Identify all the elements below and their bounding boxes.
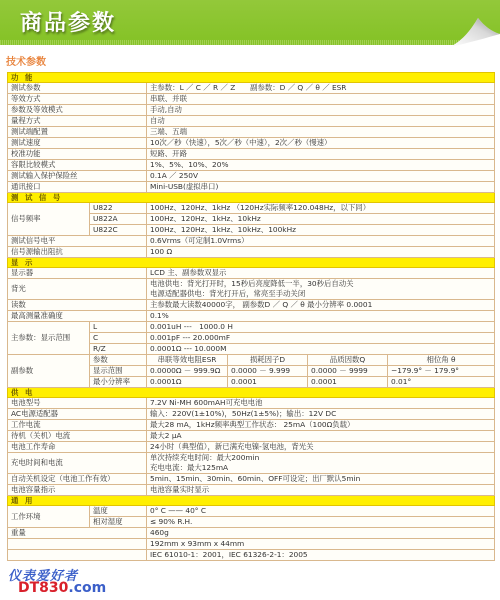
row-value: ≤ 90% R.H. <box>147 517 495 528</box>
table-row: 背光 电池供电：背光打开时，15秒后亮度降低一半，30秒后自动关电源适配器供电：… <box>8 279 495 300</box>
sub-cell: 0.01° <box>388 377 495 388</box>
row-label: 工作电流 <box>8 420 147 431</box>
table-row: 192mm x 93mm x 44mm <box>8 539 495 550</box>
row-label: 重量 <box>8 528 147 539</box>
row-label: 自动关机设定（电池工作有效） <box>8 474 147 485</box>
row-value: 1%、5%、10%、20% <box>147 160 495 171</box>
row-label: 等效方式 <box>8 94 147 105</box>
watermark-domain-name: DT830 <box>18 580 68 596</box>
section-header-function: 功 能 <box>8 73 495 83</box>
row-value: 100Hz、120Hz、1kHz、10kHz、100kHz <box>147 225 495 236</box>
row-value: 7.2V Ni-MH 600mAH可充电电池 <box>147 398 495 409</box>
sub-cell: 0.0000 － 9999 <box>308 366 388 377</box>
row-label: 充电时间和电流 <box>8 453 147 474</box>
table-row: 测试端配置三端、五端 <box>8 127 495 138</box>
section-header-display: 显 示 <box>8 258 495 268</box>
row-value: 主参数：L ／ C ／ R ／ Z 副参数：D ／ Q ／ θ ／ ESR <box>147 83 495 94</box>
row-value: 最大2 μA <box>147 431 495 442</box>
sub-cell: 0.0001 <box>308 377 388 388</box>
param-label: 温度 <box>90 506 147 517</box>
row-label: 测试速度 <box>8 138 147 149</box>
table-row: 电池型号7.2V Ni-MH 600mAH可充电电池 <box>8 398 495 409</box>
charge-line-1: 单次持续充电时间：最大200min <box>150 453 491 463</box>
row-value: 电池供电：背光打开时，15秒后亮度降低一半，30秒后自动关电源适配器供电：背光打… <box>147 279 495 300</box>
table-row: 重量460g <box>8 528 495 539</box>
row-value: 电池容量实时显示 <box>147 485 495 496</box>
page-title: 商品参数 <box>20 6 116 37</box>
table-row: 测试输入保护保险丝0.1A ／ 250V <box>8 171 495 182</box>
row-value: 5min、15min、30min、60min、OFF可设定；出厂默认5min <box>147 474 495 485</box>
table-row: AC电源适配器输入：220V(1±10%)，50Hz(1±5%)；输出：12V … <box>8 409 495 420</box>
row-label: 通讯接口 <box>8 182 147 193</box>
row-label: 最高测量准确度 <box>8 311 147 322</box>
row-value: 460g <box>147 528 495 539</box>
row-label: 电池工作寿命 <box>8 442 147 453</box>
model-label: U822 <box>90 203 147 214</box>
table-row: 副参数 参数 串联等效电阻ESR 损耗因子D 品质因数Q 相位角 θ <box>8 355 495 366</box>
watermark-domain: DT830.com <box>18 580 106 596</box>
param-label: R/Z <box>90 344 147 355</box>
row-label: 测试端配置 <box>8 127 147 138</box>
sub-header-cell: 相位角 θ <box>388 355 495 366</box>
table-row: 信号源输出阻抗100 Ω <box>8 247 495 258</box>
section-header-power: 供 电 <box>8 388 495 398</box>
row-label: 信号频率 <box>8 203 90 236</box>
row-label: 电池容量指示 <box>8 485 147 496</box>
row-value: 0.1% <box>147 311 495 322</box>
table-row: 测试信号电平0.6Vrms（可定制1.0Vrms） <box>8 236 495 247</box>
backlight-line-1: 电池供电：背光打开时，15秒后亮度降低一半，30秒后自动关 <box>150 279 491 289</box>
row-value: 单次持续充电时间：最大200min充电电流：最大125mA <box>147 453 495 474</box>
table-row: 量程方式自动 <box>8 116 495 127</box>
table-row: 参数及等效模式手动,自动 <box>8 105 495 116</box>
table-row: 测试参数主参数：L ／ C ／ R ／ Z 副参数：D ／ Q ／ θ ／ ES… <box>8 83 495 94</box>
row-label <box>8 539 147 550</box>
page-banner: 商品参数 <box>0 0 500 45</box>
row-value: 串联、并联 <box>147 94 495 105</box>
param-label: L <box>90 322 147 333</box>
row-label: 工作环境 <box>8 506 90 528</box>
row-value: 100 Ω <box>147 247 495 258</box>
row-value: 100Hz、120Hz、1kHz （120Hz实际频率120.048Hz，以下同… <box>147 203 495 214</box>
row-label: 量程方式 <box>8 116 147 127</box>
table-row: 待机（关机）电流最大2 μA <box>8 431 495 442</box>
model-label: U822A <box>90 214 147 225</box>
row-value: 24小时（典型值），新已满充电镍-氢电池，背光关 <box>147 442 495 453</box>
row-label: 副参数 <box>8 355 90 388</box>
table-row: 显示器LCD 主、副参数双显示 <box>8 268 495 279</box>
sub-header-cell: 参数 <box>90 355 147 366</box>
sub-cell: 0.0000Ω － 999.9Ω <box>147 366 228 377</box>
sub-header-cell: 损耗因子D <box>228 355 308 366</box>
section-header-general: 通 用 <box>8 496 495 506</box>
table-row: 测试速度10次／秒（快速），5次／秒（中速），2次／秒（慢速） <box>8 138 495 149</box>
backlight-line-2: 电源适配器供电：背光打开后，常亮至手动关闭 <box>150 289 491 299</box>
row-label: 参数及等效模式 <box>8 105 147 116</box>
sub-header-cell: 串联等效电阻ESR <box>147 355 228 366</box>
row-label: 待机（关机）电流 <box>8 431 147 442</box>
row-label: 测试参数 <box>8 83 147 94</box>
row-value: 0.1A ／ 250V <box>147 171 495 182</box>
sub-cell: 0.0001Ω <box>147 377 228 388</box>
row-value: 192mm x 93mm x 44mm <box>147 539 495 550</box>
row-label: 测试信号电平 <box>8 236 147 247</box>
table-row: 最高测量准确度0.1% <box>8 311 495 322</box>
row-label: 容限比较模式 <box>8 160 147 171</box>
row-label <box>8 550 147 561</box>
table-row: 信号频率 U822 100Hz、120Hz、1kHz （120Hz实际频率120… <box>8 203 495 214</box>
spec-table: 功 能 测试参数主参数：L ／ C ／ R ／ Z 副参数：D ／ Q ／ θ … <box>7 72 495 561</box>
row-value: 0.0001Ω --- 10.000M <box>147 344 495 355</box>
row-value: 手动,自动 <box>147 105 495 116</box>
sub-header-cell: 品质因数Q <box>308 355 388 366</box>
table-row: 容限比较模式1%、5%、10%、20% <box>8 160 495 171</box>
table-row: 等效方式串联、并联 <box>8 94 495 105</box>
banner-stripe <box>0 40 500 45</box>
row-value: 自动 <box>147 116 495 127</box>
row-label: 背光 <box>8 279 147 300</box>
row-label: 电池型号 <box>8 398 147 409</box>
table-row: 工作电流最大28 mA，1kHz频率典型工作状态： 25mA（100Ω负载） <box>8 420 495 431</box>
watermark-logo: 仪表爱好者 DT830.com <box>8 565 148 598</box>
row-value: IEC 61010-1：2001，IEC 61326-2-1：2005 <box>147 550 495 561</box>
row-value: 0° C —— 40° C <box>147 506 495 517</box>
row-label: 读数 <box>8 300 147 311</box>
row-value: 100Hz、120Hz、1kHz、10kHz <box>147 214 495 225</box>
table-row: 通讯接口Mini-USB(虚拟串口) <box>8 182 495 193</box>
row-value: 最大28 mA，1kHz频率典型工作状态： 25mA（100Ω负载） <box>147 420 495 431</box>
sub-cell: 0.0000 － 9.999 <box>228 366 308 377</box>
row-value: 短路、开路 <box>147 149 495 160</box>
row-value: 输入：220V(1±10%)，50Hz(1±5%)；输出：12V DC <box>147 409 495 420</box>
charge-line-2: 充电电流：最大125mA <box>150 463 491 473</box>
table-row: 自动关机设定（电池工作有效）5min、15min、30min、60min、OFF… <box>8 474 495 485</box>
row-value: 0.6Vrms（可定制1.0Vrms） <box>147 236 495 247</box>
section-subtitle: 技术参数 <box>6 53 46 68</box>
table-row: IEC 61010-1：2001，IEC 61326-2-1：2005 <box>8 550 495 561</box>
row-value: 0.001pF --- 20.000mF <box>147 333 495 344</box>
table-row: 充电时间和电流 单次持续充电时间：最大200min充电电流：最大125mA <box>8 453 495 474</box>
table-row: 电池容量指示电池容量实时显示 <box>8 485 495 496</box>
section-header-signal: 测 试 信 号 <box>8 193 495 203</box>
param-label: C <box>90 333 147 344</box>
sub-cell: −179.9° － 179.9° <box>388 366 495 377</box>
row-value: 主参数最大读数40000字， 副参数D ／ Q ／ θ 最小分辨率 0.0001 <box>147 300 495 311</box>
table-row: 读数主参数最大读数40000字， 副参数D ／ Q ／ θ 最小分辨率 0.00… <box>8 300 495 311</box>
row-value: Mini-USB(虚拟串口) <box>147 182 495 193</box>
table-row: 电池工作寿命24小时（典型值），新已满充电镍-氢电池，背光关 <box>8 442 495 453</box>
row-value: 0.001uH --- 1000.0 H <box>147 322 495 333</box>
row-label: 校准功能 <box>8 149 147 160</box>
row-value: 10次／秒（快速），5次／秒（中速），2次／秒（慢速） <box>147 138 495 149</box>
row-value: LCD 主、副参数双显示 <box>147 268 495 279</box>
row-label: 信号源输出阻抗 <box>8 247 147 258</box>
row-value: 三端、五端 <box>147 127 495 138</box>
table-row: 工作环境 温度 0° C —— 40° C <box>8 506 495 517</box>
model-label: U822C <box>90 225 147 236</box>
table-row: 主参数：显示范围 L 0.001uH --- 1000.0 H <box>8 322 495 333</box>
sub-cell: 最小分辨率 <box>90 377 147 388</box>
row-label: 主参数：显示范围 <box>8 322 90 355</box>
page-curl-icon <box>450 18 500 47</box>
row-label: AC电源适配器 <box>8 409 147 420</box>
sub-cell: 0.0001 <box>228 377 308 388</box>
sub-cell: 显示范围 <box>90 366 147 377</box>
param-label: 相对湿度 <box>90 517 147 528</box>
row-label: 测试输入保护保险丝 <box>8 171 147 182</box>
watermark-domain-tld: .com <box>68 580 106 596</box>
row-label: 显示器 <box>8 268 147 279</box>
table-row: 校准功能短路、开路 <box>8 149 495 160</box>
